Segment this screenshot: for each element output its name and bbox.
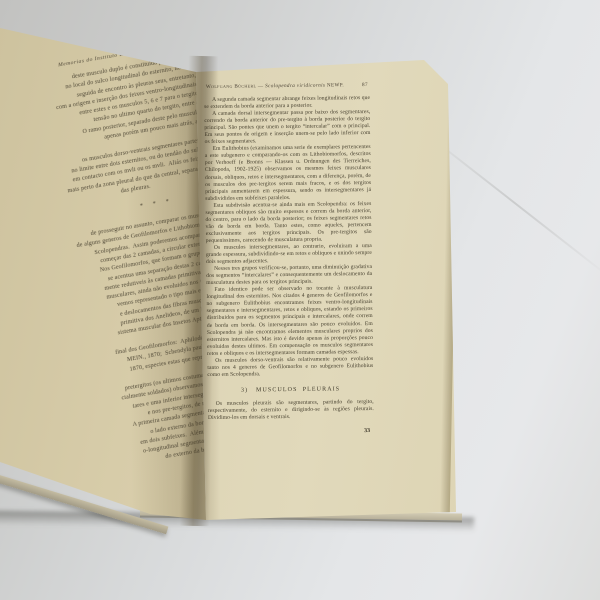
right-page-text-block: Wolfgang Bücherl — Scolopendra viridicor… [204, 82, 374, 436]
signature-mark: 33 [208, 428, 374, 436]
paragraph: Esta subdivisão acentua-se ainda mais em… [205, 201, 372, 245]
paragraph: Em Eulithobius (examinamos uma serie de … [205, 144, 372, 202]
body-paragraphs: A segunda camada segmentar abrange feixe… [204, 95, 373, 379]
book-photo: Memorias do Instituto Butantan — Tomo XI… [0, 0, 600, 600]
paragraph: Nesses tres grupos verificou-se, portant… [206, 264, 372, 287]
paragraph: A camada dorsal intersegmentar passa por… [204, 109, 370, 146]
head-dash: — [256, 83, 265, 89]
running-head-left: Wolfgang Bücherl — Scolopendra viridicor… [206, 82, 344, 90]
species-title: Scolopendra viridicornis [265, 83, 325, 90]
paragraph: Os musculos dorso-ventrais são relativam… [207, 356, 373, 379]
paragraph: Fato identico pode ser observado no toca… [206, 285, 373, 357]
paragraph: Os musculos intersegmentares, ao contrar… [206, 243, 372, 266]
final-paragraph: Os musculos pleurais são segmentares, pa… [208, 399, 374, 422]
right-page-fore-edge [440, 70, 459, 516]
page-number: 87 [356, 82, 368, 88]
right-running-head: Wolfgang Bücherl — Scolopendra viridicor… [206, 82, 368, 90]
species-suffix: NEWP. [325, 82, 344, 88]
section-heading: 3) MUSCULOS PLEURAIS [208, 386, 374, 394]
